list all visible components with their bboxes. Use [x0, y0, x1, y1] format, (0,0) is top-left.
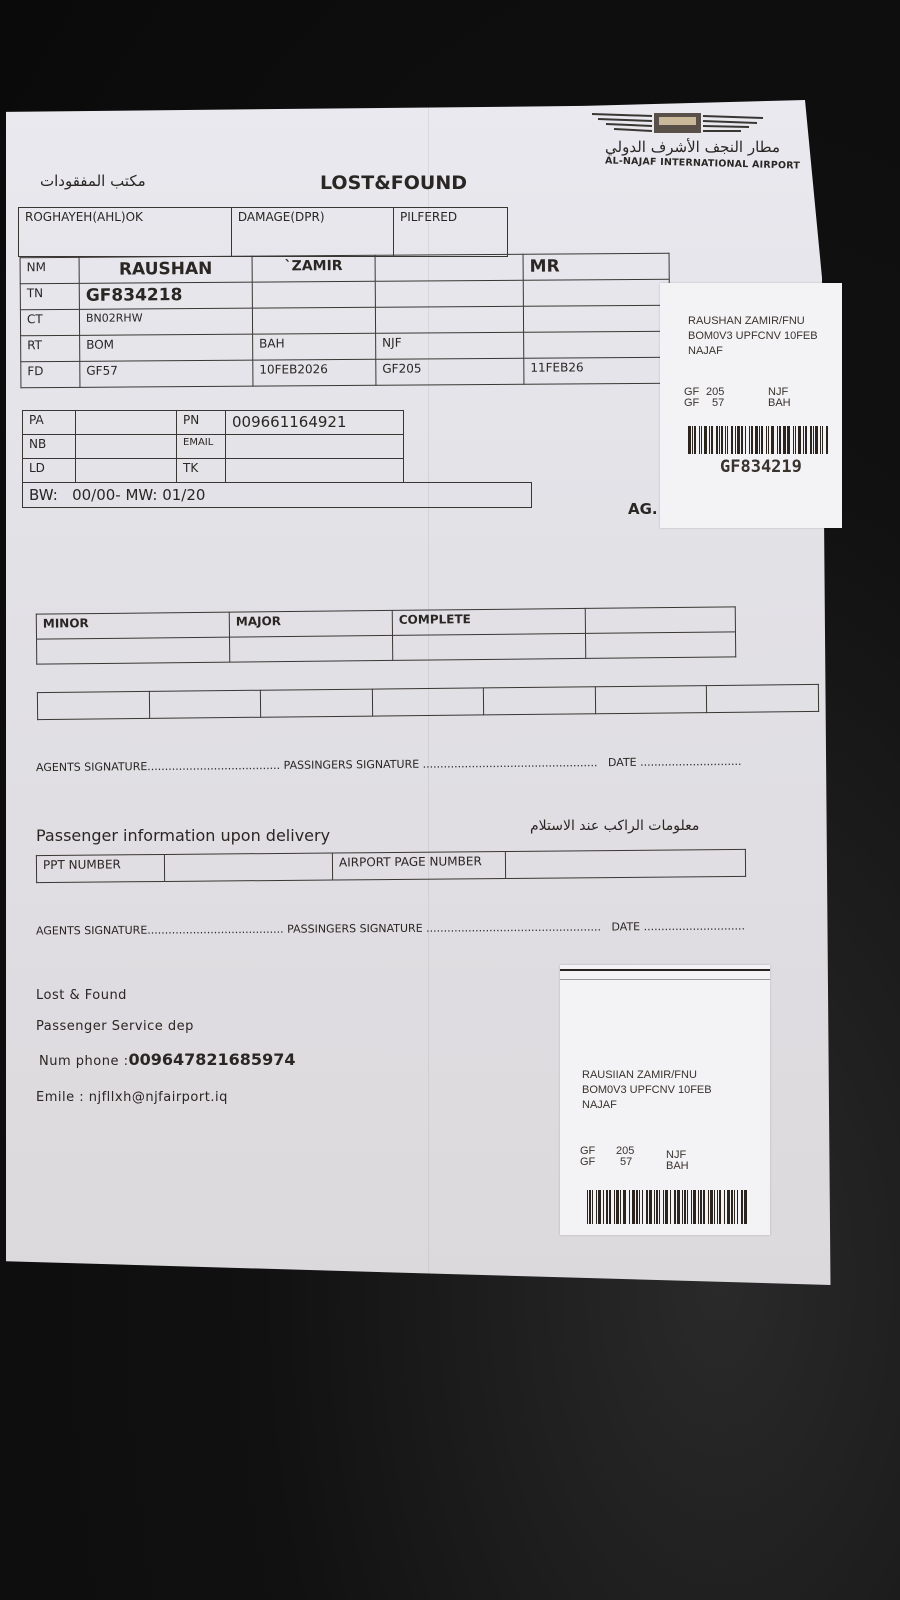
pa-label: PA: [23, 411, 76, 435]
tag-number-field[interactable]: GF834218: [79, 282, 252, 309]
tag1-leg2-dest: BAH: [768, 397, 791, 409]
footer-service: Passenger Service dep: [36, 1019, 194, 1034]
bag-tag-2: RAUSIIAN ZAMIR/FNU BOM0V3 UPFCNV 10FEB N…: [560, 965, 770, 1235]
flight1-field[interactable]: GF57: [80, 360, 253, 387]
footer-phone-line: Num phone :009647821685974: [39, 1050, 295, 1069]
nb-label: NB: [23, 435, 76, 459]
tn-label: TN: [20, 283, 79, 309]
date-field-2[interactable]: .............................: [644, 920, 745, 934]
passengers-signature-label-2: PASSINGERS SIGNATURE: [287, 922, 423, 936]
tk-label: TK: [177, 459, 226, 483]
ppt-number-field[interactable]: [164, 853, 332, 881]
email-label: EMAIL: [177, 435, 226, 459]
ct-field[interactable]: BN02RHW: [79, 308, 252, 335]
baggage-weight-field[interactable]: BW: 00/00- MW: 01/20: [22, 482, 532, 508]
last-name-field[interactable]: `ZAMIR: [252, 255, 375, 282]
tn-extra-3[interactable]: [523, 279, 669, 306]
tag1-line2: BOM0V3 UPFCNV 10FEB: [688, 330, 818, 342]
bag-tag-1: RAUSHAN ZAMIR/FNU BOM0V3 UPFCNV 10FEB NA…: [660, 283, 842, 528]
damage-extra-value[interactable]: [585, 632, 735, 659]
name-extra-field[interactable]: [375, 254, 523, 281]
report-type-pilfered[interactable]: PILFERED: [393, 208, 507, 257]
ct-label: CT: [20, 309, 79, 335]
ppt-number-label: PPT NUMBER: [36, 854, 164, 882]
tag2-line3: NAJAF: [582, 1099, 617, 1111]
damage-minor-value[interactable]: [37, 637, 230, 664]
agents-signature-field[interactable]: ......................................: [147, 759, 280, 773]
agents-signature-label-2: AGENTS SIGNATURE: [36, 924, 147, 938]
ct-extra-2[interactable]: [375, 306, 523, 333]
pn-field[interactable]: 009661164921: [226, 411, 404, 435]
contact-grid-table: PA PN 009661164921 NB EMAIL LD TK: [22, 410, 404, 483]
rt-label: RT: [21, 335, 80, 361]
phone-label: Num phone :: [39, 1054, 128, 1069]
route-origin[interactable]: BOM: [80, 334, 253, 361]
tag1-leg2-airline: GF: [684, 397, 699, 409]
tn-extra-1[interactable]: [252, 281, 375, 308]
tag1-leg2-flight: 57: [712, 397, 724, 409]
nm-label: NM: [20, 257, 79, 283]
damage-complete-value[interactable]: [392, 633, 585, 660]
email-field[interactable]: [226, 435, 404, 459]
damage-major[interactable]: MAJOR: [229, 610, 392, 637]
passenger-details-table: NM RAUSHAN `ZAMIR MR TN GF834218 CT BN02…: [20, 253, 671, 389]
ct-extra-3[interactable]: [523, 305, 669, 332]
agents-signature-field-2[interactable]: .......................................: [147, 923, 283, 937]
phone-number[interactable]: 009647821685974: [128, 1050, 295, 1069]
email-label-footer: Emile :: [36, 1090, 89, 1105]
airport-page-number-field[interactable]: [505, 849, 745, 878]
passengers-signature-field[interactable]: ........................................…: [423, 756, 598, 771]
delivery-section-title-arabic: معلومات الراكب عند الاستلام: [530, 818, 699, 834]
flight2-field[interactable]: GF205: [376, 358, 524, 385]
tag1-line3: NAJAF: [688, 345, 723, 357]
email-address[interactable]: njfllxh@njfairport.iq: [89, 1090, 228, 1105]
tn-extra-2[interactable]: [375, 280, 523, 307]
tag2-leg2-airline: GF: [580, 1156, 595, 1168]
report-type-dpr[interactable]: DAMAGE(DPR): [231, 208, 393, 257]
airport-name-arabic: مطار النجف الأشرف الدولي: [605, 138, 780, 156]
damage-complete[interactable]: COMPLETE: [392, 608, 585, 635]
date-label-2: DATE: [611, 920, 640, 933]
route-destination[interactable]: NJF: [376, 332, 524, 359]
report-type-table: ROGHAYEH(AHL)OK DAMAGE(DPR) PILFERED: [18, 207, 508, 257]
pa-field[interactable]: [76, 411, 177, 435]
ct-extra-1[interactable]: [252, 307, 375, 334]
page-title: LOST&FOUND: [320, 172, 467, 194]
nb-field[interactable]: [76, 435, 177, 459]
date-field[interactable]: .............................: [640, 755, 742, 769]
pn-label: PN: [177, 411, 226, 435]
tag2-name: RAUSIIAN ZAMIR/FNU: [582, 1069, 697, 1081]
fd-label: FD: [21, 361, 80, 387]
report-type-ahl[interactable]: ROGHAYEH(AHL)OK: [19, 208, 232, 257]
damage-major-value[interactable]: [230, 635, 393, 662]
footer-department: Lost & Found: [36, 988, 127, 1003]
airport-page-number-label: AIRPORT PAGE NUMBER: [332, 852, 505, 881]
date-label: DATE: [608, 756, 637, 769]
tag1-number: GF834219: [720, 457, 802, 477]
ld-label: LD: [23, 459, 76, 483]
route-transit[interactable]: BAH: [253, 333, 376, 360]
first-name-field[interactable]: RAUSHAN: [79, 256, 252, 283]
damage-minor[interactable]: MINOR: [36, 612, 229, 639]
date1-field[interactable]: 10FEB2026: [253, 359, 376, 386]
tag2-leg2-dest: BAH: [666, 1160, 689, 1172]
office-title-arabic: مكتب المفقودات: [40, 172, 146, 190]
delivery-section-title: Passenger information upon delivery: [36, 826, 330, 845]
winged-logo-icon: [590, 110, 765, 136]
title-field[interactable]: MR: [523, 253, 669, 280]
tk-field[interactable]: [226, 459, 404, 483]
agents-signature-label: AGENTS SIGNATURE: [36, 760, 147, 774]
date2-field[interactable]: 11FEB26: [524, 357, 670, 384]
tag1-name: RAUSHAN ZAMIR/FNU: [688, 315, 805, 327]
passengers-signature-label: PASSINGERS SIGNATURE: [284, 758, 420, 772]
tag1-barcode: [688, 426, 830, 454]
footer-email-line: Emile : njfllxh@njfairport.iq: [36, 1090, 228, 1105]
rt-extra[interactable]: [524, 331, 670, 358]
ld-field[interactable]: [76, 459, 177, 483]
damage-level-table: MINOR MAJOR COMPLETE: [36, 606, 736, 664]
agent-label: AG.: [628, 500, 658, 518]
tag2-barcode: [587, 1190, 749, 1224]
tag2-leg2-flight: 57: [620, 1156, 632, 1168]
damage-extra[interactable]: [585, 607, 735, 634]
passengers-signature-field-2[interactable]: ........................................…: [426, 921, 601, 935]
tag2-line2: BOM0V3 UPFCNV 10FEB: [582, 1084, 712, 1096]
